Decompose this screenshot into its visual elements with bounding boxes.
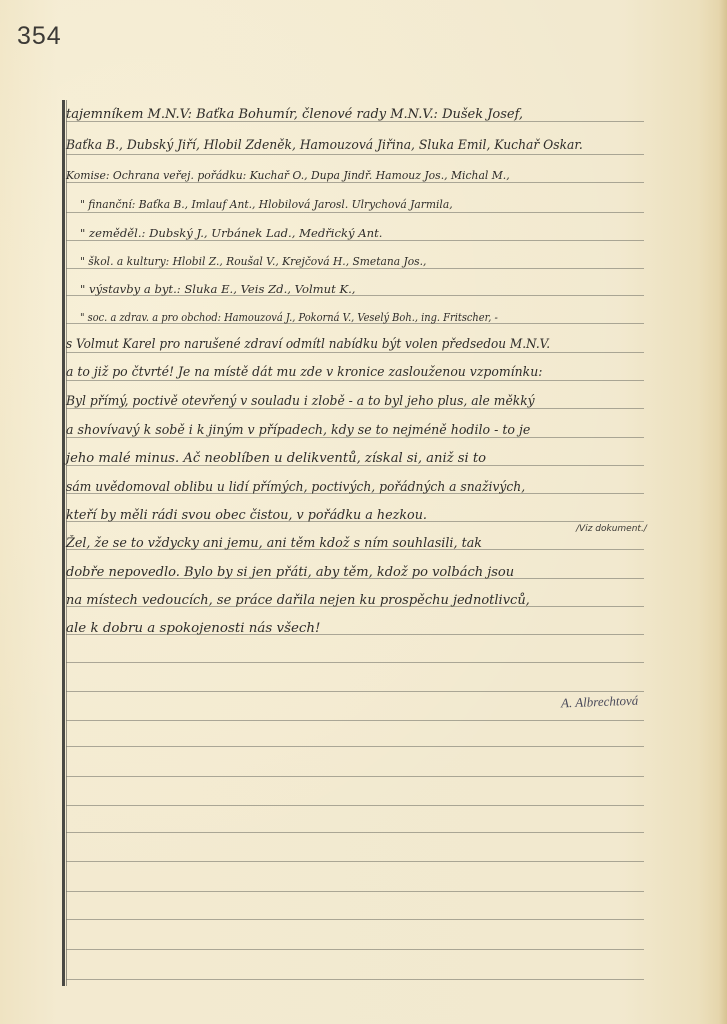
ruled-line bbox=[66, 691, 644, 692]
text-line: kteří by měli rádi svou obec čistou, v p… bbox=[66, 507, 427, 525]
text-line-commission-construction: " výstavby a byt.: Sluka E., Veis Zd., V… bbox=[80, 280, 356, 298]
ruled-line bbox=[66, 805, 644, 806]
text-line-secretary: tajemníkem M.N.V: Baťka Bohumír, členové… bbox=[66, 106, 523, 124]
ruled-line bbox=[66, 746, 644, 747]
text-line-commission-finance: " finanční: Baťka B., Imlauf Ant., Hlobi… bbox=[80, 195, 453, 213]
chronicle-page: 354 tajemníkem M.N.V: Baťka Bohumír, čle… bbox=[0, 0, 727, 1024]
text-line: a to již po čtvrté! Je na místě dát mu z… bbox=[66, 364, 542, 382]
text-line: dobře nepovedlo. Bylo by si jen přáti, a… bbox=[66, 564, 514, 582]
ruled-line bbox=[66, 919, 644, 920]
text-line-commission-schools-culture: " škol. a kultury: Hlobil Z., Roušal V.,… bbox=[80, 252, 426, 270]
ruled-line bbox=[66, 832, 644, 833]
page-number: 354 bbox=[17, 22, 62, 51]
text-line-commission-public-order: Komise: Ochrana veřej. pořádku: Kuchař O… bbox=[66, 166, 510, 184]
ruled-line bbox=[66, 949, 644, 950]
text-line: sám uvědomoval oblibu u lidí přímých, po… bbox=[66, 479, 525, 497]
ruled-line bbox=[66, 662, 644, 663]
text-line: na místech vedoucích, se práce dařila ne… bbox=[66, 592, 530, 610]
margin-rule bbox=[62, 100, 65, 986]
text-line-commission-social-health: " soc. a zdrav. a pro obchod: Hamouzová … bbox=[80, 308, 498, 326]
text-line: Byl přímý, poctivě otevřený v souladu i … bbox=[66, 393, 535, 411]
text-line-commission-agriculture: " zeměděl.: Dubský J., Urbánek Lad., Med… bbox=[80, 224, 382, 242]
page-edge-shadow bbox=[719, 0, 727, 1024]
text-line: Žel, že se to vždycky ani jemu, ani těm … bbox=[66, 535, 482, 553]
author-signature: A. Albrechtová bbox=[561, 693, 639, 712]
text-line: s Volmut Karel pro narušené zdraví odmít… bbox=[66, 336, 550, 354]
ruled-line bbox=[66, 861, 644, 862]
ruled-line bbox=[66, 891, 644, 892]
text-line: a shovívavý k sobě i k jiným v případech… bbox=[66, 422, 530, 440]
document-reference-note: /Viz dokument./ bbox=[576, 524, 647, 534]
ruled-line bbox=[66, 979, 644, 980]
ruled-line bbox=[66, 720, 644, 721]
text-line: jeho malé minus. Ač neoblíben u delikven… bbox=[66, 450, 486, 468]
text-line: ale k dobru a spokojenosti nás všech! bbox=[66, 620, 320, 638]
ruled-line bbox=[66, 776, 644, 777]
text-line-council-members: Baťka B., Dubský Jiří, Hlobil Zdeněk, Ha… bbox=[66, 137, 583, 155]
